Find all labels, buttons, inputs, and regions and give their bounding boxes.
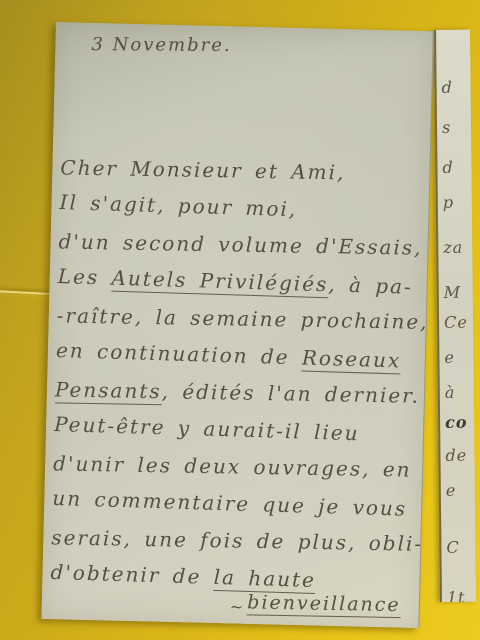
- handwriting-fragment: e: [446, 481, 457, 500]
- handwriting-fragment: C: [446, 538, 459, 557]
- photo-background: dsdpzaMCeeàcodeeC1t 3 Novembre. Cher Mon…: [0, 0, 480, 640]
- handwritten-text: Les: [57, 264, 111, 290]
- handwritten-text: -raître, la semaine prochaine,: [57, 303, 429, 333]
- handwritten-text: ~: [230, 597, 246, 616]
- letter-date: 3 Novembre.: [91, 34, 231, 56]
- handwriting-fragment: Ce: [444, 313, 468, 332]
- underlined-text: bienveillance: [247, 591, 401, 618]
- handwriting-fragment: p: [443, 193, 454, 212]
- handwritten-text: Cher Monsieur et Ami,: [60, 155, 345, 184]
- handwriting-fragment: s: [442, 118, 451, 137]
- handwriting-fragment: d: [442, 78, 453, 97]
- handwritten-text: d'obtenir de: [50, 560, 214, 589]
- second-page-edge: dsdpzaMCeeàcodeeC1t: [434, 30, 476, 602]
- handwriting-fragment: co: [445, 413, 468, 432]
- handwriting-fragment: 1t: [447, 588, 466, 602]
- letter-body: Cher Monsieur et Ami,Il s'agit, pour moi…: [49, 154, 429, 625]
- handwritten-text: , édités l'an dernier.: [161, 379, 420, 408]
- handwriting-fragment: d: [442, 158, 453, 177]
- handwritten-text: d'un second volume d'Essais,: [58, 229, 422, 259]
- handwriting-fragment: e: [444, 348, 455, 367]
- handwriting-fragment: de: [445, 446, 467, 465]
- handwritten-text: , à pa-: [328, 272, 413, 299]
- letter-line: ~bienveillance: [230, 591, 419, 624]
- handwriting-fragment: za: [443, 238, 463, 257]
- handwritten-text: (: [423, 532, 434, 567]
- letter-page: 3 Novembre. Cher Monsieur et Ami,Il s'ag…: [41, 22, 433, 628]
- handwriting-fragment: M: [444, 283, 462, 302]
- underlined-text: Autels Privilégiés: [111, 266, 329, 299]
- underlined-text: Roseaux: [302, 345, 402, 374]
- underlined-text: Pensants: [55, 377, 162, 405]
- handwritten-text: d'unir les deux ouvrages, en: [53, 451, 412, 481]
- handwriting-fragment: à: [445, 383, 456, 402]
- handwritten-text: serais, une fois de plus, obli-: [51, 525, 423, 555]
- underlined-text: la haute: [213, 565, 316, 594]
